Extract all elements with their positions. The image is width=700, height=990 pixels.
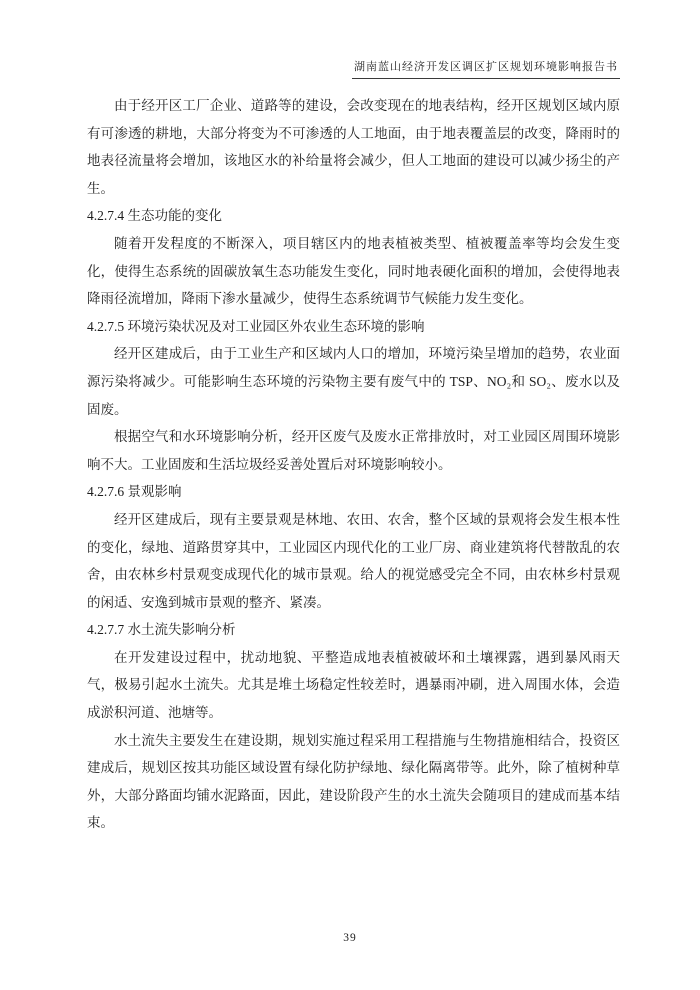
document-body: 由于经开区工厂企业、道路等的建设，会改变现在的地表结构，经开区规划区域内原有可渗… bbox=[87, 92, 620, 837]
section-heading-4276: 4.2.7.6 景观影响 bbox=[87, 478, 620, 506]
paragraph-soil-erosion-mitigation: 水土流失主要发生在建设期，规划实施过程采用工程措施与生物措施相结合，投资区建成后… bbox=[87, 727, 620, 837]
page-header: 湖南蓝山经济开发区调区扩区规划环境影响报告书 bbox=[87, 57, 620, 79]
page-footer: 39 bbox=[0, 928, 700, 946]
document-page: 湖南蓝山经济开发区调区扩区规划环境影响报告书 由于经开区工厂企业、道路等的建设，… bbox=[0, 0, 700, 990]
paragraph-surface-structure: 由于经开区工厂企业、道路等的建设，会改变现在的地表结构，经开区规划区域内原有可渗… bbox=[87, 92, 620, 202]
section-heading-4275: 4.2.7.5 环境污染状况及对工业园区外农业生态环境的影响 bbox=[87, 313, 620, 341]
page-number: 39 bbox=[343, 932, 357, 944]
paragraph-soil-erosion-cause: 在开发建设过程中，扰动地貌、平整造成地表植被破坏和土壤裸露，遇到暴风雨天气，极易… bbox=[87, 644, 620, 727]
section-heading-4277: 4.2.7.7 水土流失影响分析 bbox=[87, 616, 620, 644]
paragraph-eco-function: 随着开发程度的不断深入，项目辖区内的地表植被类型、植被覆盖率等均会发生变化，使得… bbox=[87, 230, 620, 313]
paragraph-emission-analysis: 根据空气和水环境影响分析，经开区废气及废水正常排放时，对工业园区周围环境影响不大… bbox=[87, 423, 620, 478]
paragraph-landscape-impact: 经开区建成后，现有主要景观是林地、农田、农舍，整个区域的景观将会发生根本性的变化… bbox=[87, 506, 620, 616]
header-title: 湖南蓝山经济开发区调区扩区规划环境影响报告书 bbox=[352, 58, 620, 79]
paragraph-pollution-trend: 经开区建成后，由于工业生产和区域内人口的增加，环境污染呈增加的趋势，农业面源污染… bbox=[87, 340, 620, 423]
section-heading-4274: 4.2.7.4 生态功能的变化 bbox=[87, 202, 620, 230]
